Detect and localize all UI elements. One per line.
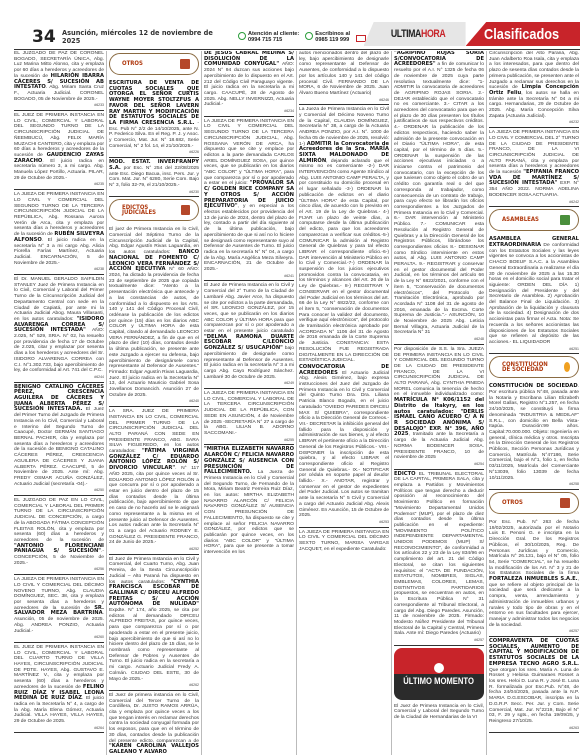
- ad-code: #6248: [394, 337, 484, 345]
- column-5: "AGRIPINO ROJAS SORIA S/CONVOCATORIA DE …: [394, 51, 484, 755]
- section-label: OTROS: [122, 61, 143, 67]
- section-label: OTROS: [502, 500, 523, 506]
- section-title: Clasificados: [484, 26, 559, 43]
- ad-code: #6253: [299, 520, 389, 528]
- ad-code: #6263: [489, 726, 579, 734]
- brand-banner: ULTIMAHORA Clasificados: [364, 22, 580, 46]
- page-number: 34: [32, 27, 56, 47]
- classified-ad: BENIGNO CATALINO CÁCERES PÉREZ, CRESCENC…: [14, 385, 104, 488]
- whatsapp-icon: [238, 32, 246, 40]
- classified-ad: EL JUEZ DE PRIMERA INSTANCIA EN LO CIVIL…: [14, 113, 104, 181]
- classified-ad: DE JESÚS CABRAL MEDINA S/ DISOLUCIÓN DE …: [204, 51, 294, 108]
- ad-code: #6233: [14, 103, 104, 111]
- classified-ad: El Juez de Primera Instancia en lo Civil…: [204, 283, 294, 380]
- ad-code: #6262: [109, 683, 199, 691]
- page-header: 34 Asunción, miércoles 12 de noviembre d…: [14, 26, 580, 48]
- classified-ad: Por Esc. Pub. N° 263 de fecha 19/02/2025…: [489, 520, 579, 628]
- classified-ad: ASAMBLEA GENERAL EXTRAORDINARIA De confo…: [489, 237, 579, 345]
- section-header-otros: OTROS: [109, 53, 199, 75]
- ad-code: #6240: [109, 399, 199, 407]
- classified-ad: Por disposición de S.S. la Sra. JUEZA DE…: [394, 347, 484, 461]
- classified-ad: ESCRITURA DE VENTA DE CUOTAS SOCIALES QU…: [109, 81, 199, 149]
- classified-ad: LA SRA. JUEZ DE PRIMERA INSTANCIA EN LO …: [109, 409, 199, 546]
- column-4: autos mencionados dentro del plazo de le…: [299, 51, 389, 755]
- clock-icon: [434, 663, 444, 673]
- classified-ad: EL JUZGADO DE PAZ DE CORONEL BOGADO, SEC…: [14, 51, 104, 102]
- ad-code: #6242: [489, 200, 579, 208]
- section-header-otros: OTROS: [489, 492, 579, 514]
- classified-ad: LA JUEZA DE PRIMERA INSTANCIA EN LO CIVI…: [14, 577, 104, 634]
- ad-code: #6232: [489, 120, 579, 128]
- classified-ad: El Dr. MANUEL GERALDO SAIFILDIN STANLEY …: [14, 277, 104, 374]
- classified-ad: El Juez de primera instancia en lo Civil…: [109, 693, 199, 755]
- contact-customer-service: Atención al cliente:0994 715 715: [238, 31, 299, 44]
- column-divider: [486, 51, 487, 755]
- ad-code: #6254: [394, 462, 484, 470]
- section-header-constitucion: CONSTITUCIÓN DE SOCIEDAD: [489, 356, 579, 378]
- classified-ad: COMPRAVENTA DE CUOTAS SOCIALES, AUMENTO …: [489, 639, 579, 725]
- edictos-icon: [181, 205, 190, 215]
- ad-code: #6257: [394, 638, 484, 646]
- ad-code: #6264: [14, 726, 104, 734]
- ad-code: #6260: [14, 635, 104, 643]
- ad-code: #6234: [204, 109, 294, 117]
- column-6: Circunscripción del Alto Paraná, Abg. Ju…: [489, 51, 579, 755]
- otros-icon: [560, 498, 570, 508]
- ad-code: #6252: [109, 547, 199, 555]
- newspaper-page: 34 Asunción, miércoles 12 de noviembre d…: [14, 0, 580, 756]
- section-label: ASAMBLEAS: [502, 217, 539, 223]
- classified-ad: EL JUEZ DE PRIMERA INSTANCIA EN LO CIVIL…: [14, 645, 104, 725]
- classified-ad: LA JUEZA DE PRIMERA INSTANCIA EN LO CIVI…: [299, 530, 389, 553]
- classified-ad: LA JUEZA DE PRIMERA INSTANCIA EN LO CIVI…: [204, 119, 294, 273]
- section-header-edictos: EDICTOS JUDICIALES: [109, 199, 199, 221]
- ad-code: #6256: [14, 567, 104, 575]
- header-divider: [14, 49, 580, 50]
- classified-ad: MOD. ESTAT. INVERFRANPY S.A. por Esc. N°…: [109, 160, 199, 189]
- classified-ad: LA JUEZA DE PRIMERA INSTANCIA EN LO CIVI…: [489, 130, 579, 198]
- column-1: EL JUZGADO DE PAZ DE CORONEL BOGADO, SEC…: [14, 51, 104, 755]
- classified-ad: CONSTITUCIÓN DE SOCIEDAD. Por escritura …: [489, 384, 579, 481]
- column-divider: [391, 51, 392, 755]
- section-label: EDICTOS JUDICIALES: [122, 205, 175, 216]
- classified-ad: EL JUZGADO DE PAZ EN LO CIVIL, COMERCIAL…: [14, 498, 104, 566]
- ad-code: #6238: [14, 267, 104, 275]
- ad-code: #6230: [109, 190, 199, 198]
- classified-ad: Circunscripción del Alto Paraná, Abg. Ju…: [489, 51, 579, 119]
- column-2: OTROSESCRITURA DE VENTA DE CUOTAS SOCIAL…: [109, 51, 199, 755]
- section-label: CONSTITUCIÓN DE SOCIEDAD: [502, 362, 558, 373]
- column-divider: [106, 51, 107, 755]
- ad-code: #6246: [299, 98, 389, 106]
- ad-code: #6226: [109, 150, 199, 158]
- otros-icon: [180, 59, 190, 69]
- column-3: DE JESÚS CABRAL MEDINA S/ DISOLUCIÓN DE …: [204, 51, 294, 755]
- ad-code: #6244: [14, 375, 104, 383]
- ad-code: #6241: [204, 274, 294, 282]
- classified-ad: EDICTO EL TRIBUNAL ELECTORAL DE LA CAPIT…: [394, 472, 484, 637]
- classified-ad: LA JUEZA DE PRIMERA INSTANCIA EN LO CIVI…: [204, 391, 294, 437]
- ad-code: #6250: [14, 488, 104, 496]
- classified-ad: El Juez de Primera Instancia en lo Civil…: [394, 704, 484, 721]
- classified-ad: La Jueza de Primera Instancia en lo Civi…: [299, 107, 389, 364]
- classified-ad: LA JUEZA DE PRIMERA INSTANCIA EN LO CIVI…: [14, 192, 104, 266]
- classified-ad: "AGRIPINO ROJAS SORIA S/CONVOCATORIA DE …: [394, 51, 484, 336]
- classified-ad: El juez de Primera Instancia en lo Civil…: [109, 227, 199, 398]
- contact-phone[interactable]: 0985 119 999: [315, 37, 350, 44]
- classified-ad: "MIRTHA ELIZABETH NAVARRO ALARCÓN C/ FEL…: [204, 447, 294, 555]
- classified-ad: autos mencionados dentro del plazo de le…: [299, 51, 389, 97]
- constitucion-icon: [564, 362, 570, 372]
- ultimo-momento-banner: ÚLTIMO MOMENTO: [394, 648, 484, 700]
- page-date: Asunción, miércoles 12 de noviembre de 2…: [62, 29, 232, 45]
- column-divider: [201, 51, 202, 755]
- column-divider: [296, 51, 297, 755]
- classified-ad: CONVOCATORIA DE ACREEDORES El Actuario J…: [299, 365, 389, 519]
- ultima-hora-logo: ULTIMAHORA: [390, 28, 445, 40]
- asambleas-icon: [560, 215, 570, 225]
- ad-code: #6235: [14, 182, 104, 190]
- ad-code: #6257: [489, 629, 579, 637]
- classified-ad: El Juez de Primera Instancia en lo Civil…: [109, 557, 199, 682]
- ad-code: #6258: [489, 482, 579, 490]
- contact-write-us: Escribinos al0985 119 999: [305, 31, 350, 44]
- contact-phone[interactable]: 0994 715 715: [248, 37, 299, 44]
- ad-code: #6251: [489, 347, 579, 355]
- ad-code: #6249: [204, 381, 294, 389]
- section-header-asambleas: ASAMBLEAS: [489, 209, 579, 231]
- ad-code: #6255: [204, 438, 294, 446]
- banner-label: ÚLTIMO MOMENTO: [404, 679, 475, 685]
- whatsapp-icon: [305, 32, 313, 40]
